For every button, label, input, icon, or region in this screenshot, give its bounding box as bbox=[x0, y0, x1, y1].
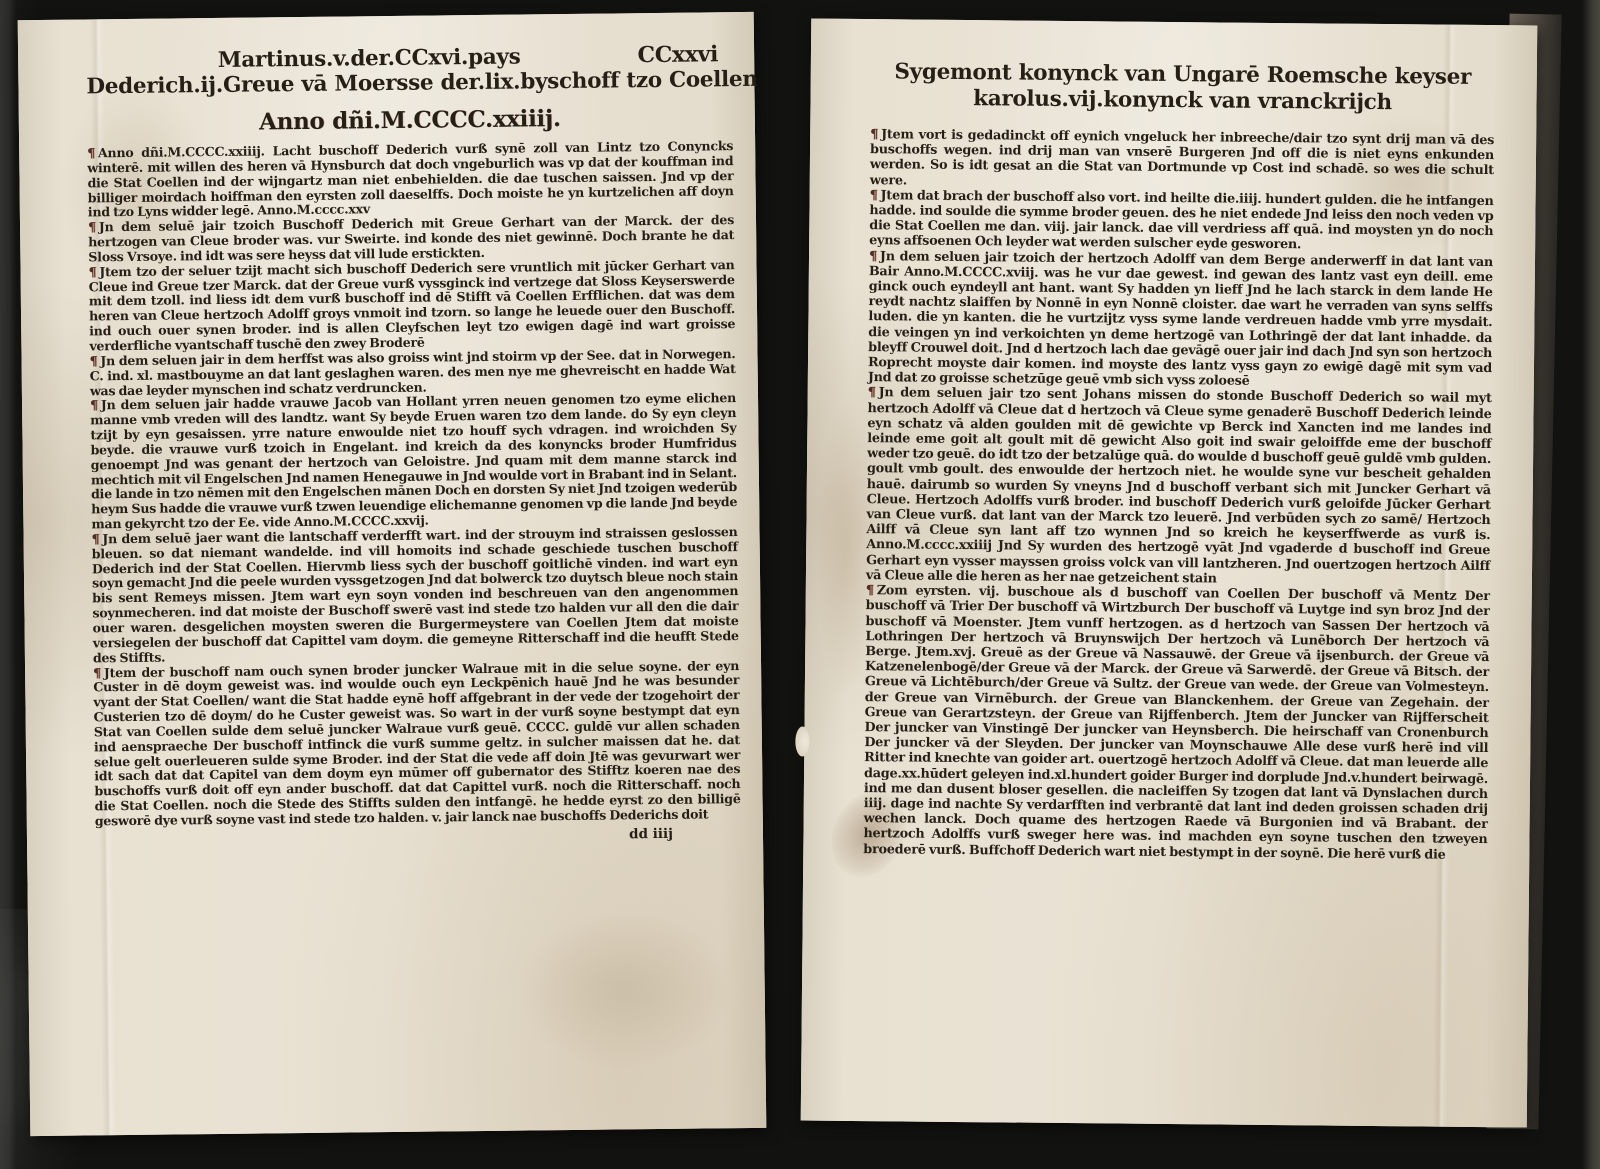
pilcrow-mark: ¶ bbox=[88, 220, 99, 235]
running-title: Martinus.v.der.CCxvi.pays bbox=[218, 45, 521, 73]
paragraph: ¶Jtem vort is gedadinckt off eynich vnge… bbox=[870, 127, 1495, 194]
pilcrow-mark: ¶ bbox=[89, 353, 100, 368]
pilcrow-mark: ¶ bbox=[88, 264, 99, 279]
paragraph: ¶Jn dem seluen jair tzo sent Johans miss… bbox=[866, 386, 1492, 590]
paragraph-text: Jtem der buschoff nam ouch synen broder … bbox=[93, 658, 740, 829]
paragraph-text: Jn dem seluē jaer want die lantschaff ve… bbox=[92, 524, 739, 665]
pilcrow-mark: ¶ bbox=[87, 145, 98, 160]
backdrop-right-edge bbox=[1582, 0, 1600, 1169]
stain bbox=[514, 908, 736, 1070]
binding-notch bbox=[795, 726, 809, 756]
paragraph-text: Jn dem seluen jair tzoich der hertzoch A… bbox=[868, 249, 1493, 389]
paragraph-text: Jn dem seluen jair in dem herffst was al… bbox=[90, 346, 736, 398]
paragraph-text: Anno dñi.M.CCCC.xxiiij. Lacht buschoff D… bbox=[87, 138, 733, 220]
paragraph: ¶Jtem dat brach der buschoff also vort. … bbox=[869, 188, 1494, 255]
section-heading: Anno dñi.M.CCCC.xxiiij. bbox=[87, 104, 733, 137]
pilcrow-mark: ¶ bbox=[869, 249, 880, 264]
right-page: Sygemont konynck van Ungarē Roemsche key… bbox=[801, 19, 1538, 1128]
left-body-text: ¶Anno dñi.M.CCCC.xxiiij. Lacht buschoff … bbox=[87, 139, 741, 829]
paragraph-text: Jn dem seluē jair tzoich Buschoff Dederi… bbox=[88, 212, 734, 264]
paragraph-text: Jtem vort is gedadinckt off eynich vngel… bbox=[870, 127, 1495, 188]
pilcrow-mark: ¶ bbox=[90, 398, 101, 413]
paragraph: ¶Jn dem seluen jair tzoich der hertzoch … bbox=[868, 249, 1493, 392]
paragraph-text: Jtem dat brach der buschoff also vort. i… bbox=[869, 188, 1494, 253]
photo-backdrop: { "colors":{ "backdrop":"#131311", "parc… bbox=[0, 0, 1600, 1169]
paragraph: ¶Jn dem seluen jair hadde vrauwe Jacob v… bbox=[90, 391, 737, 532]
paragraph: ¶Zom eyrsten. vij. buschoue als d buscho… bbox=[863, 583, 1490, 863]
left-page: Martinus.v.der.CCxvi.pays CCxxvi Dederic… bbox=[18, 12, 767, 1136]
pilcrow-mark: ¶ bbox=[870, 127, 881, 142]
paragraph: ¶Jn dem seluē jaer want die lantschaff v… bbox=[92, 525, 739, 666]
folio-number: CCxxvi bbox=[637, 42, 718, 68]
pilcrow-mark: ¶ bbox=[868, 386, 879, 401]
pilcrow-mark: ¶ bbox=[866, 583, 877, 598]
paragraph: ¶Jtem der buschoff nam ouch synen broder… bbox=[93, 659, 741, 830]
pilcrow-mark: ¶ bbox=[91, 531, 102, 546]
paragraph-text: Jtem tzo der seluer tzijt macht sich bus… bbox=[89, 257, 736, 354]
pilcrow-mark: ¶ bbox=[93, 665, 104, 680]
paragraph-text: Jn dem seluen jair hadde vrauwe Jacob va… bbox=[90, 390, 737, 531]
pilcrow-mark: ¶ bbox=[870, 188, 881, 203]
left-text-block: Martinus.v.der.CCxvi.pays CCxxvi Dederic… bbox=[86, 42, 741, 848]
quire-signature: dd iiij bbox=[95, 825, 741, 848]
paragraph-text: Zom eyrsten. vij. buschoue als d buschof… bbox=[863, 583, 1490, 862]
paragraph: ¶Jtem tzo der seluer tzijt macht sich bu… bbox=[88, 258, 735, 354]
right-text-block: Sygemont konynck van Ungarē Roemsche key… bbox=[863, 59, 1495, 863]
right-body-text: ¶Jtem vort is gedadinckt off eynich vnge… bbox=[863, 127, 1494, 863]
paragraph-text: Jn dem seluen jair tzo sent Johans misse… bbox=[866, 386, 1492, 587]
paragraph: ¶Anno dñi.M.CCCC.xxiiij. Lacht buschoff … bbox=[87, 139, 734, 221]
